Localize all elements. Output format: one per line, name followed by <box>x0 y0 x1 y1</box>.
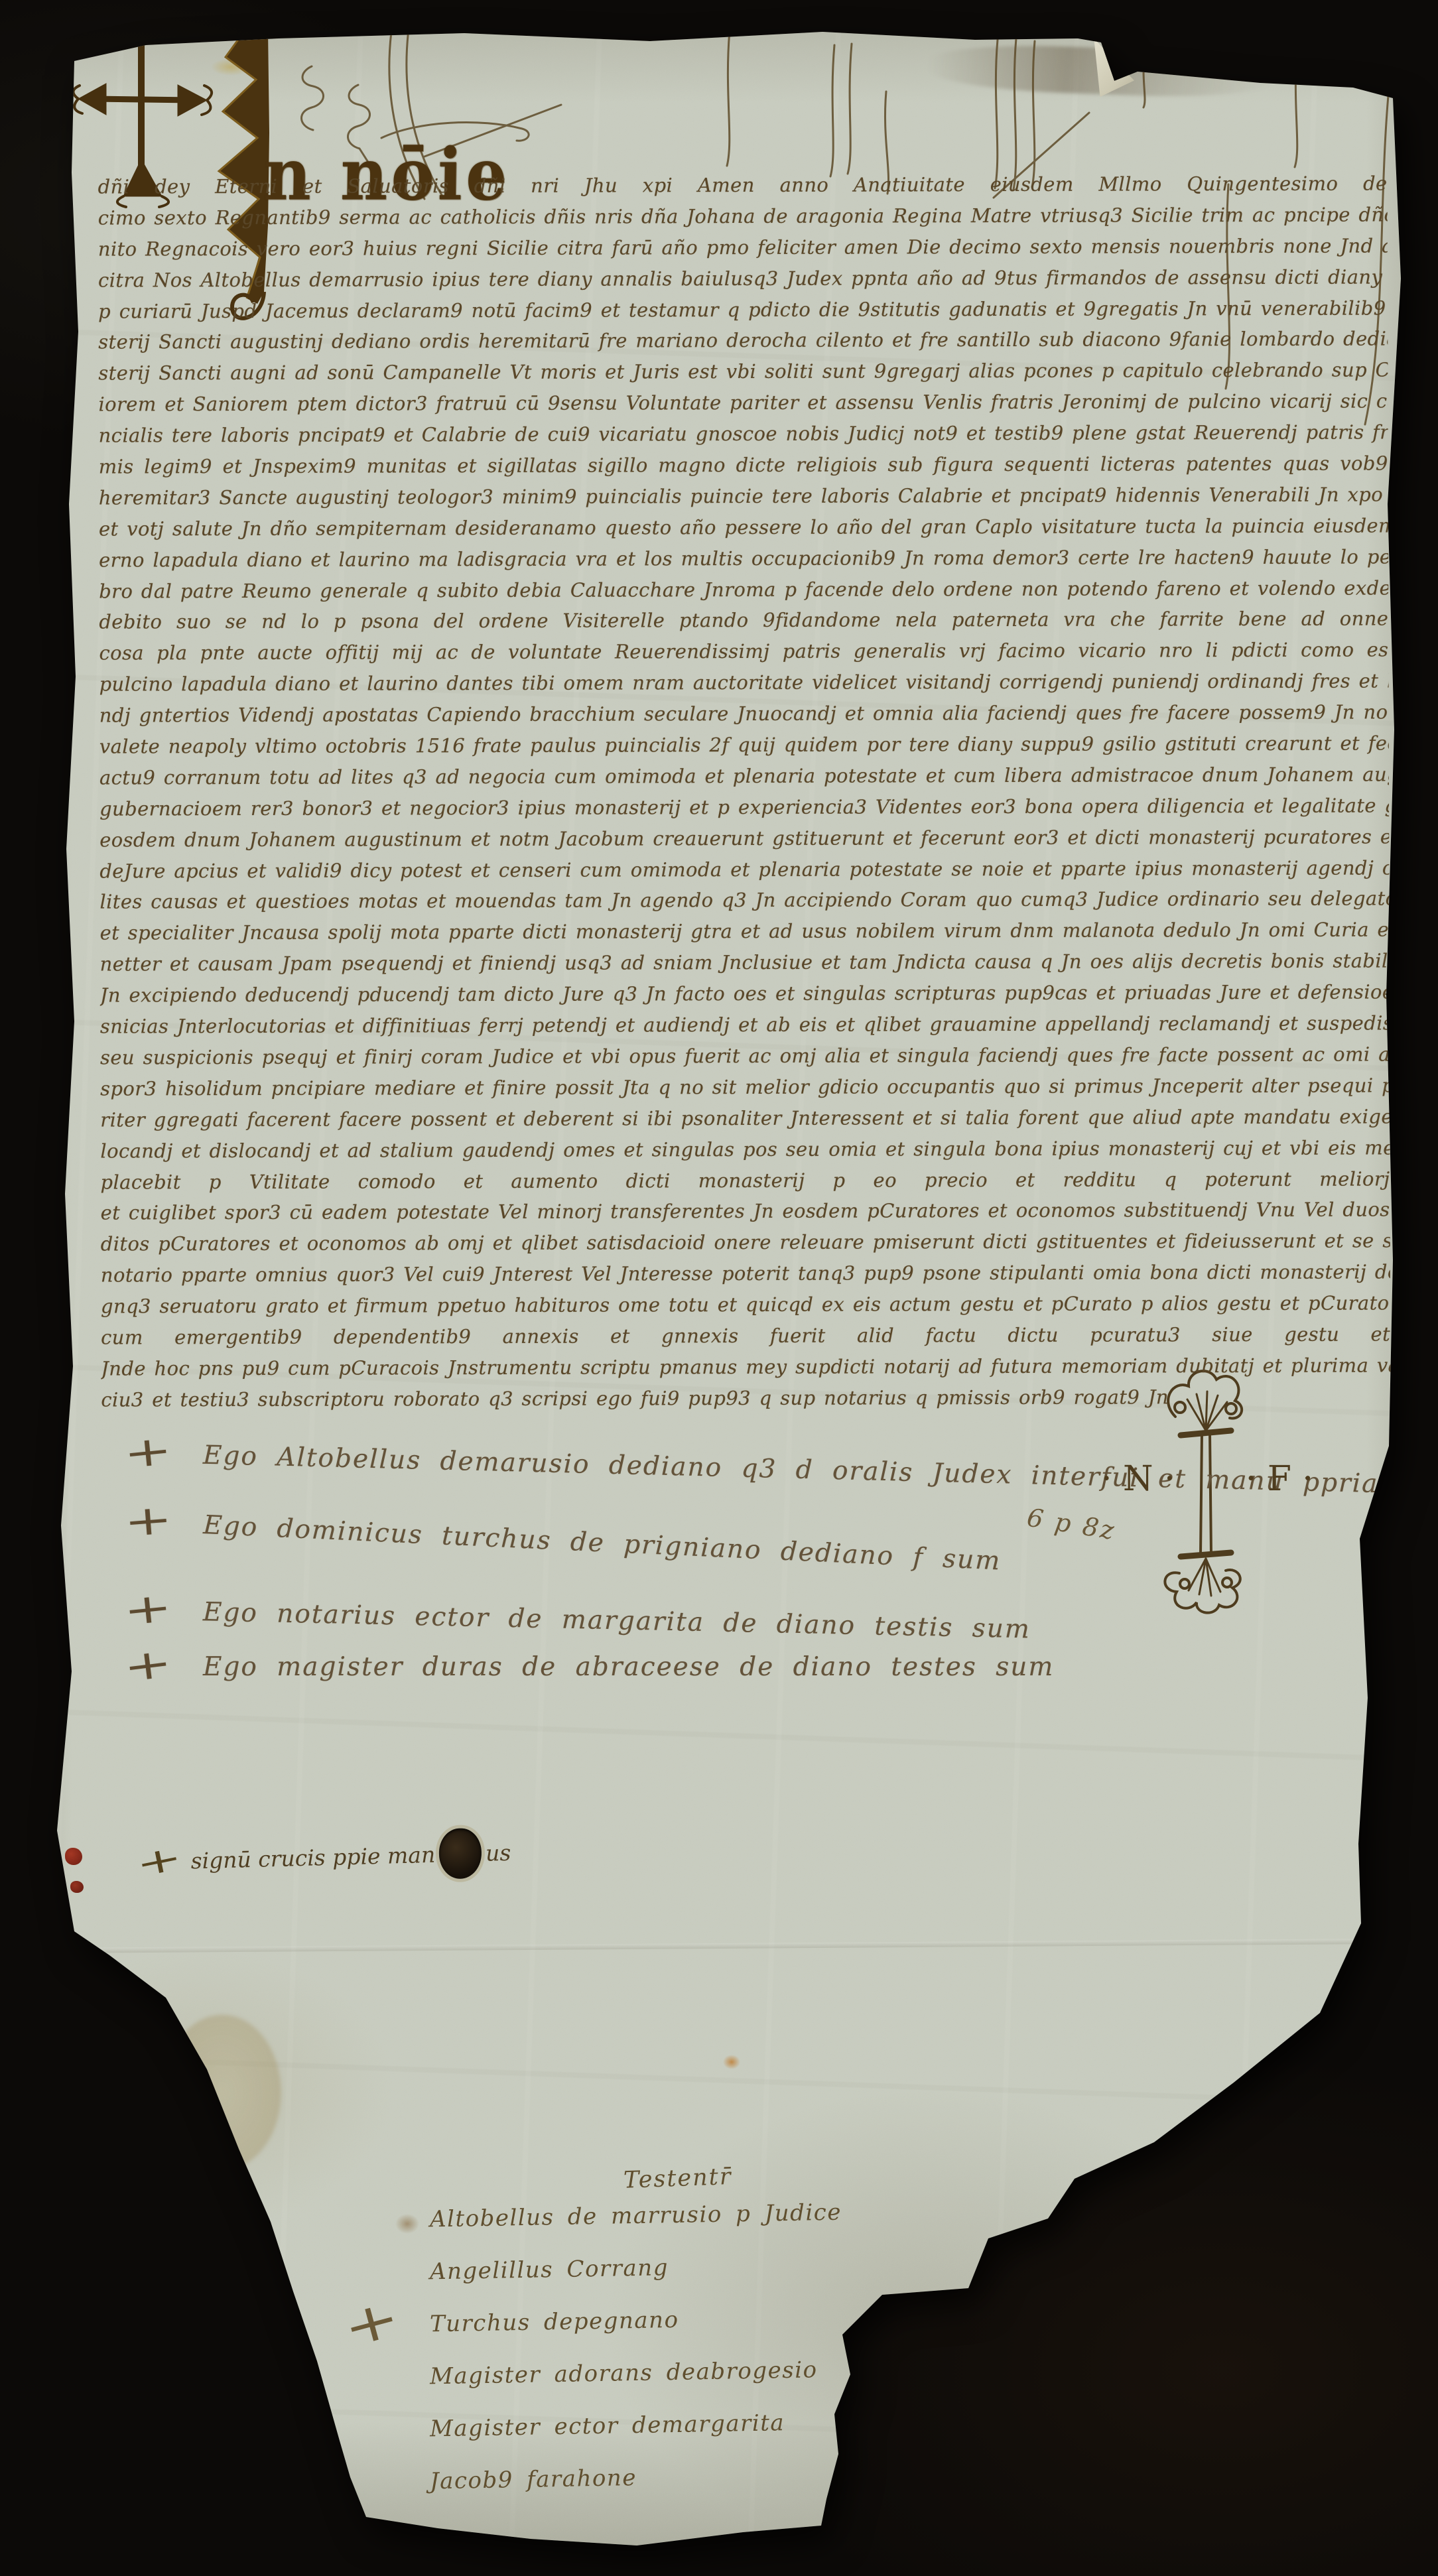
manuscript-line: lites causas et questioes motas et mouen… <box>99 887 1389 922</box>
folded-corner <box>1090 38 1134 97</box>
manuscript-line: riter ggregati facerent facere possent e… <box>100 1105 1390 1139</box>
parchment-hole <box>438 1828 482 1880</box>
manuscript-line: dñi dey Eterni et Saluatoris dñi nri Jhu… <box>98 172 1388 206</box>
manuscript-line: debito suo se nd lo p psona del ordene V… <box>99 608 1388 642</box>
manuscript-line: iorem et Saniorem ptem dictor3 fratruū c… <box>98 390 1388 424</box>
photo-stage: n nōie dñi dey Eterni et Saluatoris dñi … <box>0 0 1438 2576</box>
manuscript-line: pulcino lapadula diano et laurino dantes… <box>99 670 1389 704</box>
notary-sign-letters: · N · · F · <box>1101 1459 1313 1499</box>
red-wax-drop-small <box>70 1881 84 1893</box>
signature-text: Ego magister duras de abraceese de diano… <box>203 1652 1054 1682</box>
manuscript-line: nito Regnacois vero eor3 huius regni Sic… <box>98 234 1388 269</box>
manuscript-line: citra Nos Altobellus demarrusio ipius te… <box>98 265 1388 300</box>
manuscript-line: Jnde hoc pns pu9 cum pCuracois Jnstrumen… <box>101 1354 1390 1388</box>
witness-entry: Altobellus de marrusio p Judice <box>429 2187 842 2246</box>
water-stain <box>139 1983 305 2202</box>
manuscript-line: sterij Sancti augni ad sonū Campanelle V… <box>98 359 1388 393</box>
manuscript-line: ciu3 et testiu3 subscriptoru roborato q3… <box>101 1385 1169 1419</box>
manuscript-line: p curiarū Juspd Jacemus declaram9 notū f… <box>98 296 1388 331</box>
witness-entry: Jacob9 farahone <box>429 2449 842 2508</box>
manuscript-line: locandj et dislocandj et ad stalium gaud… <box>100 1136 1390 1171</box>
signature-text: Ego dominicus turchus de prigniano dedia… <box>202 1510 1002 1577</box>
manuscript-line: Jn excipiendo deducendj pducendj tam dic… <box>100 981 1390 1015</box>
witness-name: Turchus depegnano <box>430 2307 679 2338</box>
notary-letter-f: · F · <box>1246 1459 1313 1499</box>
manuscript-line: seu suspicionis psequj et finirj coram J… <box>100 1043 1390 1077</box>
manuscript-line: sterij Sancti augustinj dediano ordis he… <box>98 328 1388 362</box>
parchment-shadow: n nōie dñi dey Eterni et Saluatoris dñi … <box>0 0 1438 2576</box>
witness-entries: Altobellus de marrusio p Judice Angelill… <box>430 2190 842 2504</box>
signature-cross-icon: + <box>121 1578 221 1635</box>
manuscript-line: eosdem dnum Johanem augustinum et notm J… <box>99 825 1389 860</box>
note-cross-icon: + <box>133 1837 186 1886</box>
manuscript-line: actu9 corranum totu ad lites q3 ad negoc… <box>99 763 1389 797</box>
witness-signature: +Ego Altobellus demarusio dediano q3 d o… <box>139 1426 1201 1497</box>
note-text-after: us <box>486 1839 511 1866</box>
manuscript-line: et votj salute Jn dño sempiternam deside… <box>99 514 1388 548</box>
manuscript-line: mis legim9 et Jnspexim9 munitas et sigil… <box>99 452 1388 486</box>
witness-entry: Magister adorans deabrogesio <box>429 2344 842 2404</box>
manuscript-line: ndj gntertios Videndj apostatas Capiendo… <box>99 701 1389 736</box>
red-wax-drop <box>65 1848 82 1865</box>
manuscript-line: bro dal patre Reumo generale q subito de… <box>99 576 1388 611</box>
manuscript-line: cum emergentib9 dependentib9 annexis et … <box>101 1322 1390 1357</box>
parchment-sheet: n nōie dñi dey Eterni et Saluatoris dñi … <box>0 0 1438 2576</box>
manuscript-line: valete neapoly vltimo octobris 1516 frat… <box>99 732 1389 766</box>
manuscript-line: et specialiter Jncausa spolij mota ppart… <box>99 919 1389 953</box>
manuscript-line: cosa pla pnte aucte offitij mij ac de vo… <box>99 639 1388 673</box>
witness-entry: Angelillus Corrang <box>429 2239 842 2299</box>
horizontal-crease <box>73 1939 1360 1953</box>
note-text-before: signū crucis ppie man <box>190 1841 436 1874</box>
yellow-spot <box>211 58 251 76</box>
manuscript-line: erno lapadula diano et laurino ma ladisg… <box>99 545 1388 580</box>
subscription-block: +Ego Altobellus demarusio dediano q3 d o… <box>139 1439 1201 1685</box>
manuscript-line: placebit p Vtilitate comodo et aumento d… <box>100 1167 1390 1202</box>
witness-name: Jacob9 farahone <box>430 2465 637 2494</box>
witness-name: Magister ector demargarita <box>430 2410 785 2442</box>
witness-name: Magister adorans deabrogesio <box>430 2356 818 2390</box>
signature-text: Ego notarius ector de margarita de diano… <box>203 1597 1031 1644</box>
manuscript-line: gubernacioem rer3 bonor3 et negocior3 ip… <box>99 794 1389 828</box>
ink-spot <box>395 2214 419 2234</box>
witness-list: Testentr̄ Altobellus de marrusio p Judic… <box>430 2163 842 2504</box>
manuscript-line: spor3 hisolidum pncipiare mediare et fin… <box>100 1074 1390 1108</box>
witness-entry: +Turchus depegnano <box>429 2291 842 2351</box>
witness-name: Altobellus de marrusio p Judice <box>430 2199 842 2233</box>
manuscript-line: notario pparte omnius quor3 Vel cui9 Jnt… <box>101 1261 1390 1295</box>
signature-cross-icon: + <box>121 1421 221 1478</box>
orange-spot <box>723 2055 740 2069</box>
manuscript-line: deJure apcius et validi9 dicy potest et … <box>99 856 1389 891</box>
manuscript-line: ncialis tere laboris pncipat9 et Calabri… <box>99 421 1388 456</box>
signature-cross-icon: + <box>122 1492 221 1546</box>
witness-signature: +Ego magister duras de abraceese de dian… <box>139 1640 1201 1685</box>
witness-name: Angelillus Corrang <box>430 2254 669 2285</box>
manuscript-line: gnq3 seruatoru grato et firmum ppetuo ha… <box>101 1292 1390 1326</box>
manuscript-line: netter et causam Jpam psequendj et finie… <box>100 950 1390 984</box>
notary-letter-n: · N · <box>1101 1459 1175 1499</box>
manuscript-line: et cuiglibet spor3 cū eadem potestate Ve… <box>101 1198 1390 1233</box>
manuscript-line: cimo sexto Regnantib9 serma ac catholici… <box>98 203 1388 237</box>
witness-cross-icon: + <box>337 2287 407 2358</box>
manuscript-line: ditos pCuratores et oconomos ab omj et q… <box>101 1230 1390 1264</box>
signum-crucis-note: + signū crucis ppie man us <box>144 1827 511 1887</box>
manuscript-line: snicias Jnterlocutorias et diffinitiuas … <box>100 1012 1390 1047</box>
signature-cross-icon: + <box>121 1633 222 1691</box>
manuscript-line: heremitar3 Sancte augustinj teologor3 mi… <box>99 483 1388 517</box>
main-text-block: dñi dey Eterni et Saluatoris dñi nri Jhu… <box>98 172 1391 1419</box>
witness-entry: Magister ector demargarita <box>429 2396 842 2456</box>
